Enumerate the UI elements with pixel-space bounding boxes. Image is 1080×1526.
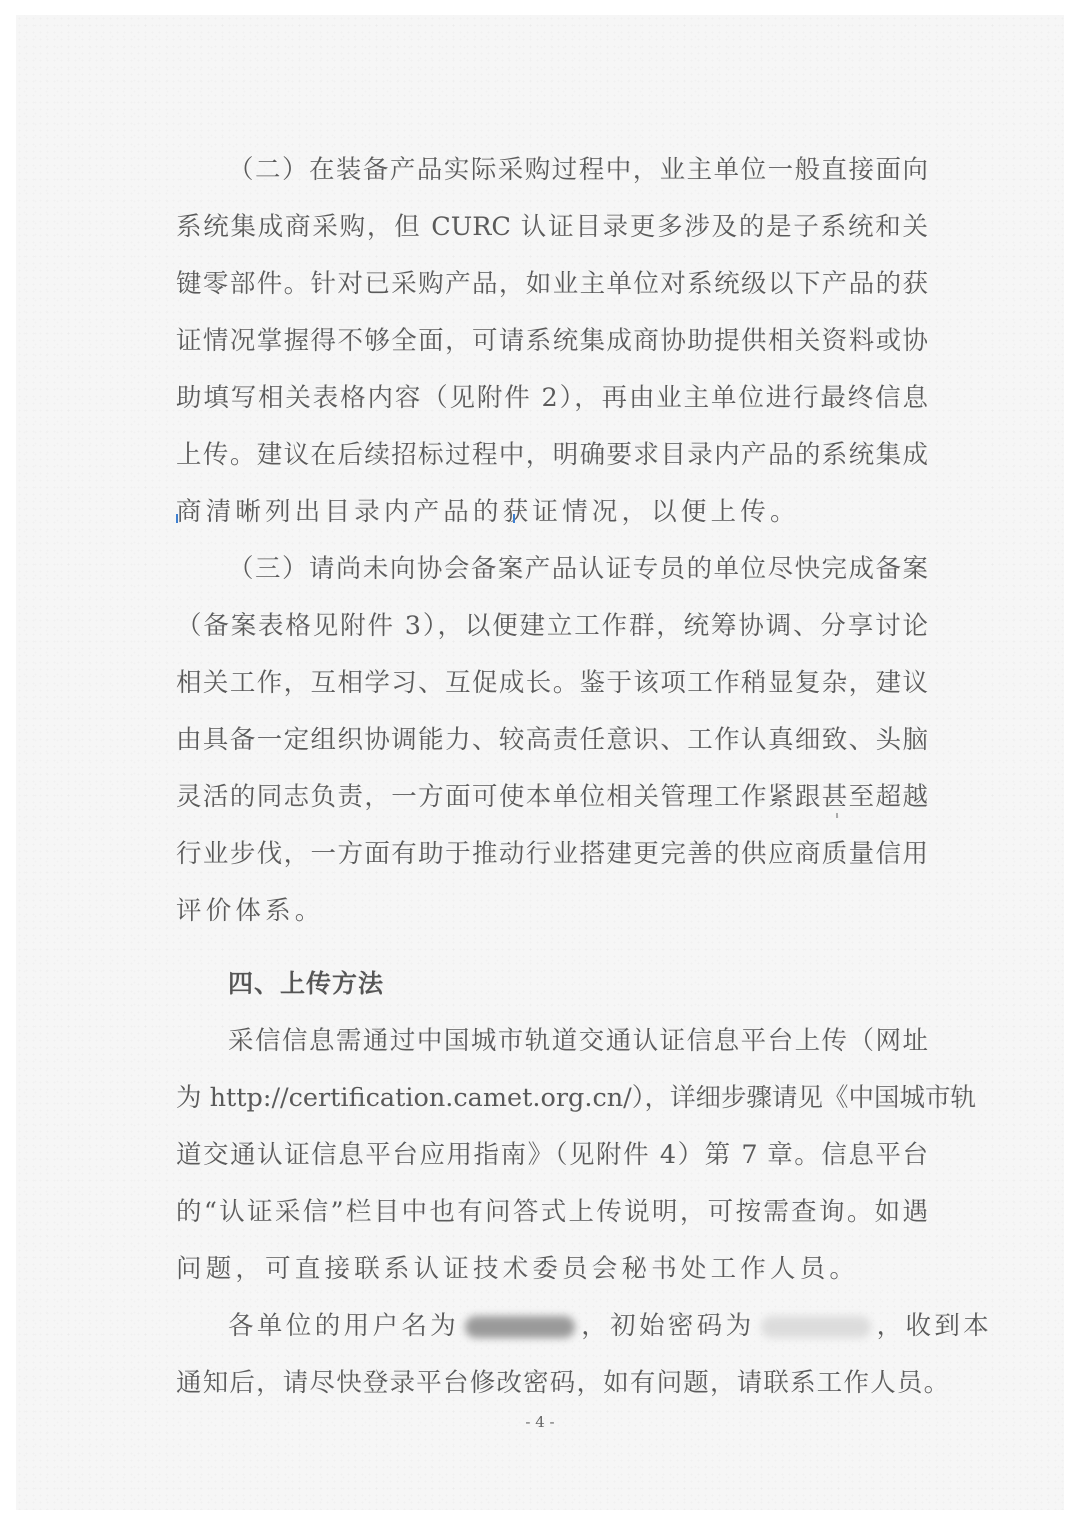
section-4-para-2-line-2: 通知后，请尽快登录平台修改密码，如有问题，请联系工作人员。: [176, 1366, 928, 1400]
section-3-line-1: （三）请尚未向协会备案产品认证专员的单位尽快完成备案: [228, 552, 928, 586]
section-3-line-4: 由具备一定组织协调能力、较高责任意识、工作认真细致、头脑: [176, 723, 928, 757]
line-suffix: ，收到本: [877, 1311, 993, 1341]
ink-mark: [176, 514, 178, 523]
section-2-line-3: 键零部件。针对已采购产品，如业主单位对系统级以下产品的获: [176, 267, 928, 301]
section-2-line-1: （二）在装备产品实际采购过程中，业主单位一般直接面向: [228, 153, 928, 187]
document-page: （二）在装备产品实际采购过程中，业主单位一般直接面向 系统集成商采购，但 CUR…: [16, 15, 1064, 1510]
password-prefix: ，初始密码为: [581, 1311, 754, 1341]
redacted-password: [761, 1316, 871, 1338]
section-4-para-1-line-4: 的“认证采信”栏目中也有问答式上传说明，可按需查询。如遇: [176, 1195, 928, 1229]
section-4-para-1-line-2: 为 http://certification.camet.org.cn/），详细…: [176, 1081, 928, 1115]
section-4-para-1-line-3: 道交通认证信息平台应用指南》（见附件 4）第 7 章。信息平台: [176, 1138, 928, 1172]
section-3-line-3: 相关工作，互相学习、互促成长。鉴于该项工作稍显复杂，建议: [176, 666, 928, 700]
redacted-username: [465, 1316, 575, 1338]
username-prefix: 各单位的用户名为: [228, 1311, 459, 1341]
section-2-line-2: 系统集成商采购，但 CURC 认证目录更多涉及的是子系统和关: [176, 210, 928, 244]
section-4-heading: 四、上传方法: [228, 967, 384, 1001]
section-2-line-7: 商清晰列出目录内产品的获证情况，以便上传。: [176, 495, 928, 529]
section-4-para-2-line-1: 各单位的用户名为，初始密码为，收到本: [228, 1309, 928, 1343]
ink-mark: [513, 514, 515, 523]
section-4-para-1-line-5: 问题，可直接联系认证技术委员会秘书处工作人员。: [176, 1252, 928, 1286]
scan-speck: [836, 813, 838, 818]
section-3-line-6: 行业步伐，一方面有助于推动行业搭建更完善的供应商质量信用: [176, 837, 928, 871]
page-number: - 4 -: [0, 1413, 1080, 1431]
section-2-line-4: 证情况掌握得不够全面，可请系统集成商协助提供相关资料或协: [176, 324, 928, 358]
section-2-line-5: 助填写相关表格内容（见附件 2），再由业主单位进行最终信息: [176, 381, 928, 415]
section-2-line-6: 上传。建议在后续招标过程中，明确要求目录内产品的系统集成: [176, 438, 928, 472]
section-3-line-2: （备案表格见附件 3），以便建立工作群，统筹协调、分享讨论: [176, 609, 928, 643]
section-3-line-7: 评价体系。: [176, 894, 928, 928]
section-3-line-5: 灵活的同志负责，一方面可使本单位相关管理工作紧跟甚至超越: [176, 780, 928, 814]
section-4-para-1-line-1: 采信信息需通过中国城市轨道交通认证信息平台上传（网址: [228, 1024, 928, 1058]
